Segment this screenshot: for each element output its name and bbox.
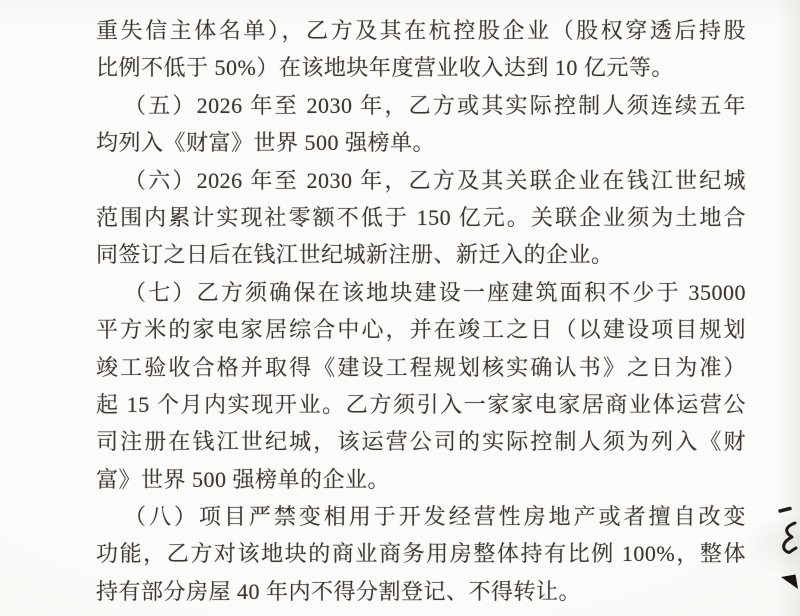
text-line: 持有部分房屋 40 年内不得分割登记、不得转让。 [96,573,746,610]
text-line-clause-6: （六）2026 年至 2030 年，乙方及其关联企业在钱江世纪城 [96,162,746,199]
text-line: 富》世界 500 强榜单的企业。 [96,461,746,498]
contract-text-block: 重失信主体名单），乙方及其在杭控股企业（股权穿透后持股 比例不低于 50%）在该… [96,12,746,610]
document-page: 重失信主体名单），乙方及其在杭控股企业（股权穿透后持股 比例不低于 50%）在该… [0,0,800,616]
text-line: 司注册在钱江世纪城，该运营公司的实际控制人须为列入《财 [96,423,746,460]
text-line: 均列入《财富》世界 500 强榜单。 [96,124,746,161]
text-line: 平方米的家电家居综合中心，并在竣工之日（以建设项目规划 [96,311,746,348]
text-line: 起 15 个月内实现开业。乙方须引入一家家电家居商业体运营公 [96,386,746,423]
text-line: 比例不低于 50%）在该地块年度营业收入达到 10 亿元等。 [96,49,746,86]
text-line-clause-5: （五）2026 年至 2030 年，乙方或其实际控制人须连续五年 [96,87,746,124]
text-line: 功能，乙方对该地块的商业商务用房整体持有比例 100%，整体 [96,535,746,572]
handwritten-edge-mark [768,501,800,596]
text-line-clause-7: （七）乙方须确保在该地块建设一座建筑面积不少于 35000 [96,274,746,311]
text-line: 范围内累计实现社零额不低于 150 亿元。关联企业须为土地合 [96,199,746,236]
text-line: 竣工验收合格并取得《建设工程规划核实确认书》之日为准） [96,349,746,386]
text-line: 重失信主体名单），乙方及其在杭控股企业（股权穿透后持股 [96,12,746,49]
text-line: 同签订之日后在钱江世纪城新注册、新迁入的企业。 [96,236,746,273]
text-line-clause-8: （八）项目严禁变相用于开发经营性房地产或者擅自改变 [96,498,746,535]
